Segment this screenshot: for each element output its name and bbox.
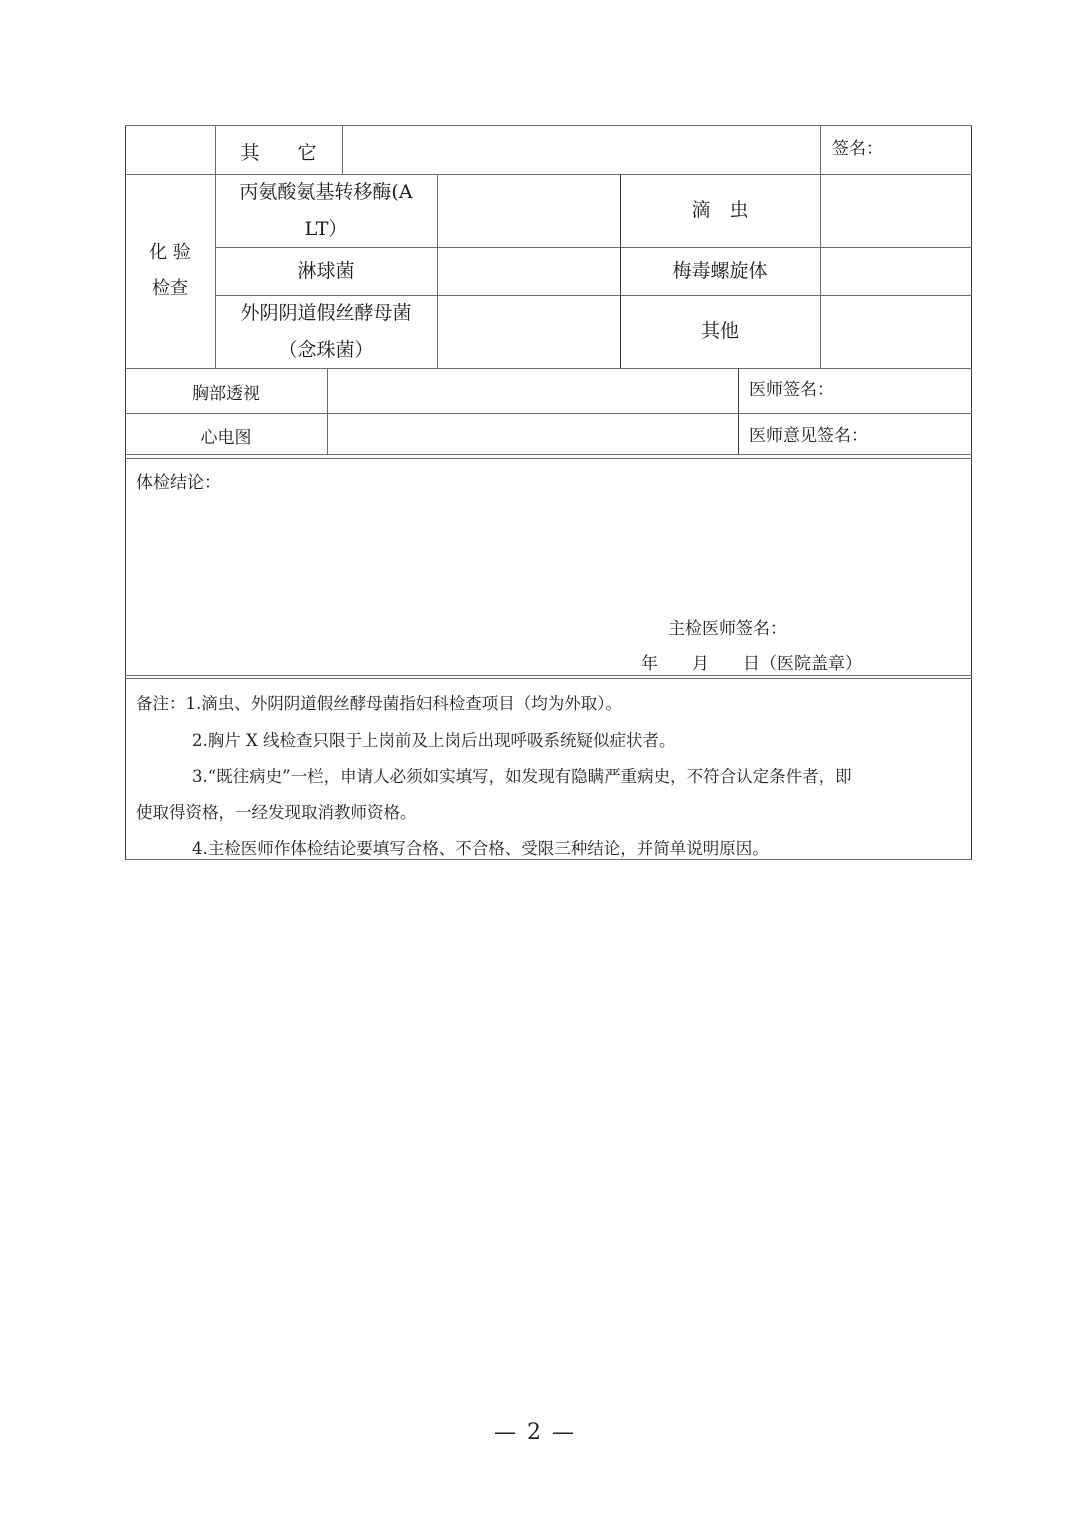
other-value-field[interactable]	[342, 125, 820, 174]
chest-xray-signature-label: 医师签名：	[738, 368, 971, 413]
chest-xray-value-field[interactable]	[327, 368, 738, 413]
ecg-label: 心电图	[125, 413, 327, 463]
page-number: — 2 —	[494, 1420, 576, 1445]
table-border-bottom	[125, 859, 972, 860]
lab-value-other-field[interactable]	[820, 295, 971, 368]
lab-value-trichomonas-field[interactable]	[820, 174, 971, 247]
lab-value-syphilis-field[interactable]	[820, 247, 971, 295]
lab-value-alt-field[interactable]	[437, 174, 620, 247]
conclusion-value-field[interactable]	[128, 500, 968, 600]
note-line-4: 4.主检医师作体检结论要填写合格、不合格、受限三种结论，并简单说明原因。	[192, 835, 769, 859]
lab-label-trichomonas: 滴 虫	[620, 174, 820, 247]
conclusion-date-stamp-line: 年 月 日（医院盖章）	[641, 649, 862, 674]
lab-label-gonococcus: 淋球菌	[215, 247, 437, 295]
note-line-3-cont: 使取得资格，一经发现取消教师资格。	[136, 799, 417, 823]
conclusion-label: 体检结论：	[136, 468, 221, 493]
lab-label-alt: 丙氨酸氨基转移酶(A LT）	[215, 174, 437, 247]
lab-label-candida: 外阴阴道假丝酵母菌（念珠菌）	[215, 295, 437, 368]
double-divider-top	[125, 675, 972, 676]
lab-value-candida-field[interactable]	[437, 295, 620, 368]
note-line-3: 3.“既往病史”一栏，申请人必须如实填写，如发现有隐瞒严重病史，不符合认定条件者…	[192, 763, 852, 787]
other-row-blank-cell	[125, 125, 215, 174]
note-line-2: 2.胸片 X 线检查只限于上岗前及上岗后出现呼吸系统疑似症状者。	[192, 727, 675, 751]
lab-section-label-line2: 检查	[152, 271, 188, 307]
lab-section-label: 化 验 检查	[125, 174, 215, 368]
ecg-signature-label: 医师意见签名：	[738, 413, 971, 459]
chief-doctor-signature-label: 主检医师签名：	[668, 614, 787, 639]
double-divider-bottom	[125, 678, 972, 679]
ecg-value-field[interactable]	[327, 413, 738, 454]
lab-value-gonococcus-field[interactable]	[437, 247, 620, 295]
table-border-right	[971, 125, 972, 860]
lab-label-syphilis: 梅毒螺旋体	[620, 247, 820, 295]
other-signature-label: 签名：	[820, 125, 971, 174]
note-line-1: 备注：1.滴虫、外阴阴道假丝酵母菌指妇科检查项目（均为外取）。	[136, 690, 622, 714]
lab-section-label-line1: 化 验	[149, 235, 191, 271]
lab-label-other: 其他	[620, 295, 820, 368]
